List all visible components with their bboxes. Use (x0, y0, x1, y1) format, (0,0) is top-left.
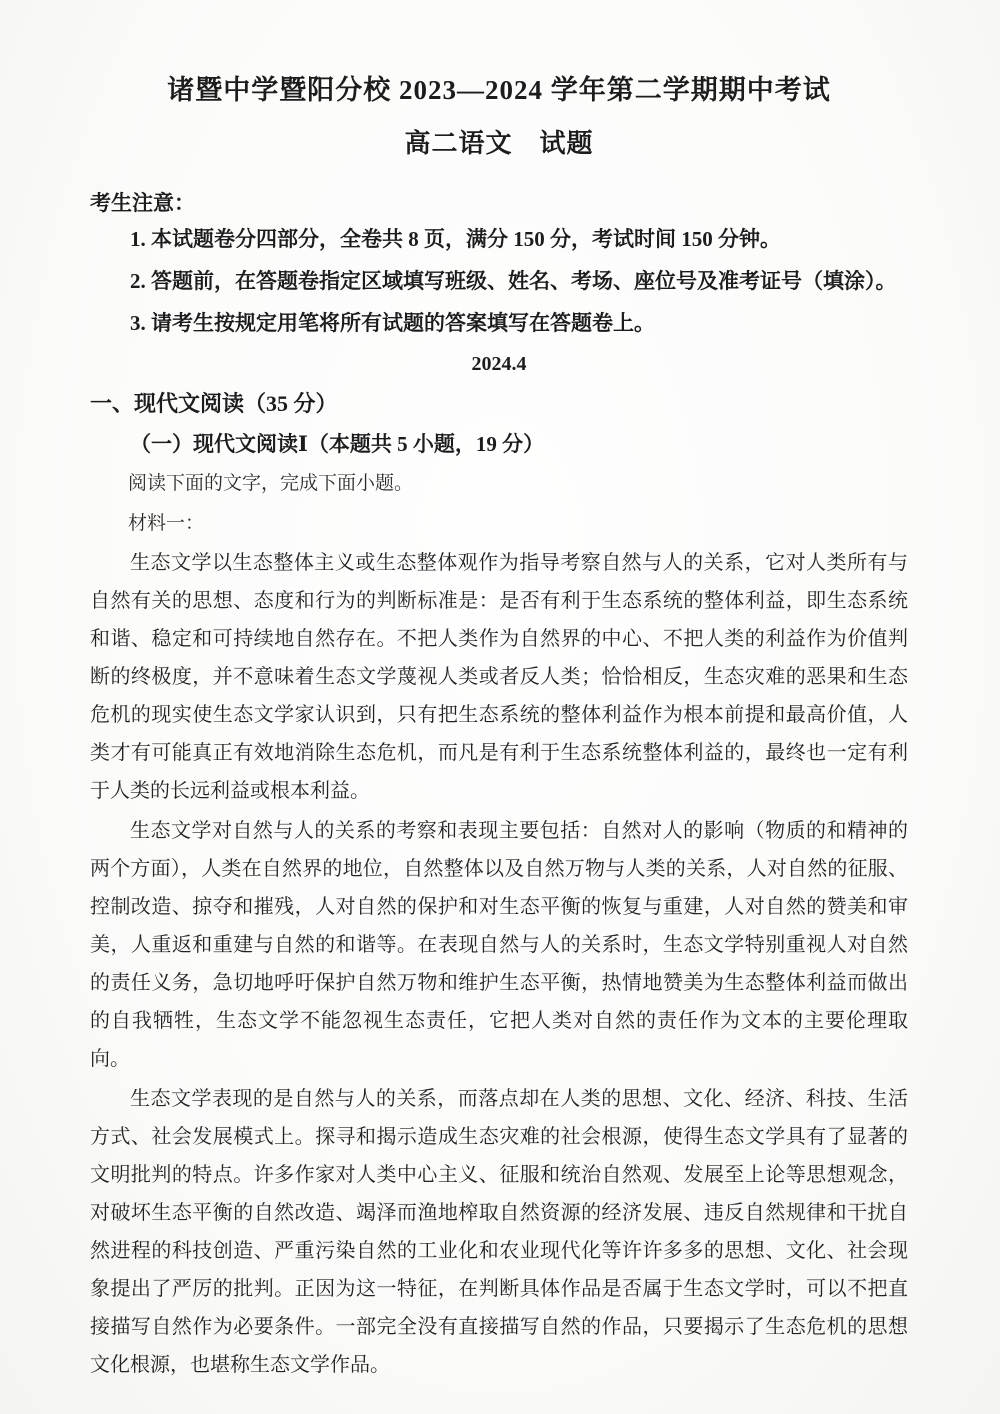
notice-heading: 考生注意： (90, 188, 908, 218)
candidate-notice-section: 考生注意： 1. 本试题卷分四部分，全卷共 8 页，满分 150 分，考试时间 … (90, 188, 908, 344)
reading-instruction: 阅读下面的文字，完成下面小题。 (90, 464, 908, 504)
notice-item-2: 2. 答题前，在答题卷指定区域填写班级、姓名、考场、座位号及准考证号（填涂）。 (90, 260, 908, 302)
material-paragraph-3: 生态文学表现的是自然与人的关系，而落点却在人类的思想、文化、经济、科技、生活方式… (90, 1080, 908, 1384)
notice-item-1: 1. 本试题卷分四部分，全卷共 8 页，满分 150 分，考试时间 150 分钟… (90, 218, 908, 260)
material-paragraph-2: 生态文学对自然与人的关系的考察和表现主要包括：自然对人的影响（物质的和精神的两个… (90, 812, 908, 1078)
notice-item-3: 3. 请考生按规定用笔将所有试题的答案填写在答题卷上。 (90, 302, 908, 344)
exam-date: 2024.4 (90, 344, 908, 384)
section-heading-modern-reading: 一、现代文阅读（35 分） (90, 384, 908, 424)
material-one-label: 材料一： (90, 504, 908, 544)
subsection-heading-reading-1: （一）现代文阅读Ⅰ（本题共 5 小题，19 分） (90, 424, 908, 464)
exam-subtitle: 高二语文 试题 (90, 126, 908, 162)
exam-paper-page: 诸暨中学暨阳分校 2023—2024 学年第二学期期中考试 高二语文 试题 考生… (0, 0, 1000, 1414)
exam-title: 诸暨中学暨阳分校 2023—2024 学年第二学期期中考试 (90, 72, 908, 108)
material-paragraph-1: 生态文学以生态整体主义或生态整体观作为指导考察自然与人的关系，它对人类所有与自然… (90, 544, 908, 810)
